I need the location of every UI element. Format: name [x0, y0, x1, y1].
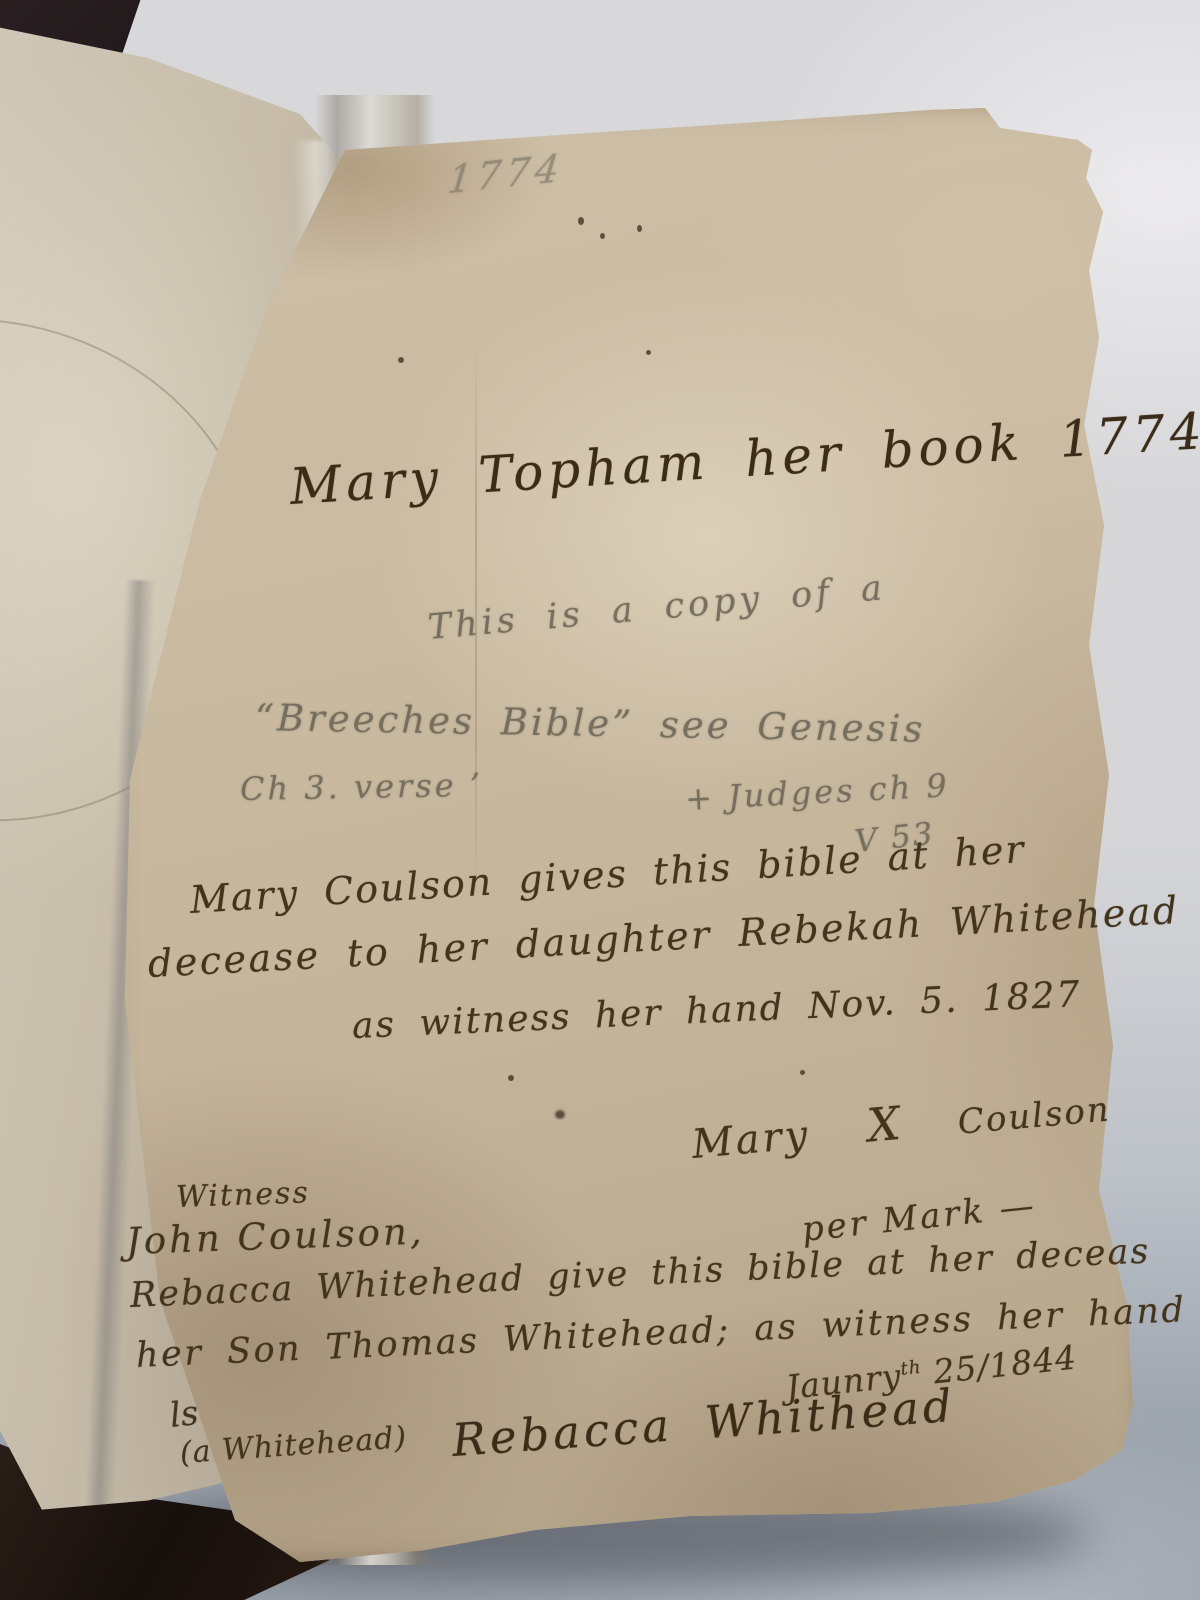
signature-mary-coulson: Mary X Coulson	[690, 1085, 1112, 1167]
witness-label: Witness	[175, 1175, 310, 1215]
book-photo-scene: 1774 Mary Topham her book 1774 This is a…	[0, 0, 1200, 1600]
pencil-note-line2: “Breeches Bible” see Genesis	[255, 696, 926, 751]
signature-rebacca-whithead: Rebacca Whithead	[450, 1379, 957, 1467]
pencil-note-line3-right: + Judges ch 9	[684, 766, 951, 818]
signature-x-mark: X	[865, 1096, 902, 1153]
bequest-1844-left-fragment: ls	[168, 1393, 200, 1436]
bequest-1844-bottom-fragment: (a Whitehead)	[179, 1420, 408, 1471]
date-superscript: th	[899, 1357, 922, 1380]
handwritten-inscriptions: 1774 Mary Topham her book 1774 This is a…	[0, 0, 1200, 1600]
witness-name: John Coulson,	[125, 1210, 425, 1263]
signature-last-name: Coulson	[956, 1089, 1112, 1142]
pencil-note-line1: This is a copy of a	[426, 568, 887, 648]
inscription-ownership: Mary Topham her book 1774	[288, 402, 1200, 516]
pencil-note-line3-left: Ch 3. verse ’	[240, 766, 484, 808]
inscription-faint-year: 1774	[446, 145, 567, 202]
signature-first-name: Mary	[690, 1112, 812, 1168]
bequest-1827-line3: as witness her hand Nov. 5. 1827	[351, 974, 1082, 1047]
